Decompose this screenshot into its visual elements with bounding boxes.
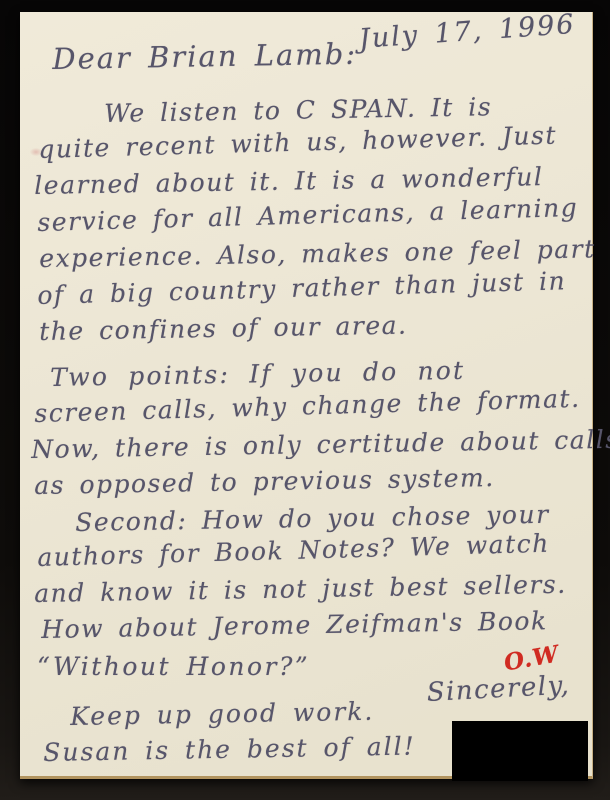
valediction: Sincerely, xyxy=(426,670,571,707)
body-line: Two points: If you do not xyxy=(50,356,466,392)
salutation: Dear Brian Lamb: xyxy=(52,37,357,76)
scan-background: July 17, 1996 Dear Brian Lamb: We listen… xyxy=(0,0,610,800)
closing-line: Susan is the best of all! xyxy=(43,731,416,766)
letter-date: July 17, 1996 xyxy=(358,9,577,55)
body-line: How about Jerome Zeifman's Book xyxy=(41,606,548,644)
body-line: of a big country rather than just in xyxy=(37,266,567,310)
body-line: the confines of our area. xyxy=(39,311,408,346)
closing-line: Keep up good work. xyxy=(70,697,375,731)
body-line: learned about it. It is a wonderful xyxy=(34,162,544,200)
letter-paper: July 17, 1996 Dear Brian Lamb: We listen… xyxy=(20,12,593,779)
body-line: “Without Honor?” xyxy=(37,652,310,681)
body-line: and know it is not just best sellers. xyxy=(34,570,567,608)
body-line: as opposed to previous system. xyxy=(34,463,495,500)
body-line: Now, there is only certitude about calls xyxy=(31,425,610,464)
body-line: We listen to C SPAN. It is xyxy=(104,92,492,128)
body-line: service for all Americans, a learning xyxy=(37,193,579,237)
redaction-box xyxy=(452,721,588,781)
